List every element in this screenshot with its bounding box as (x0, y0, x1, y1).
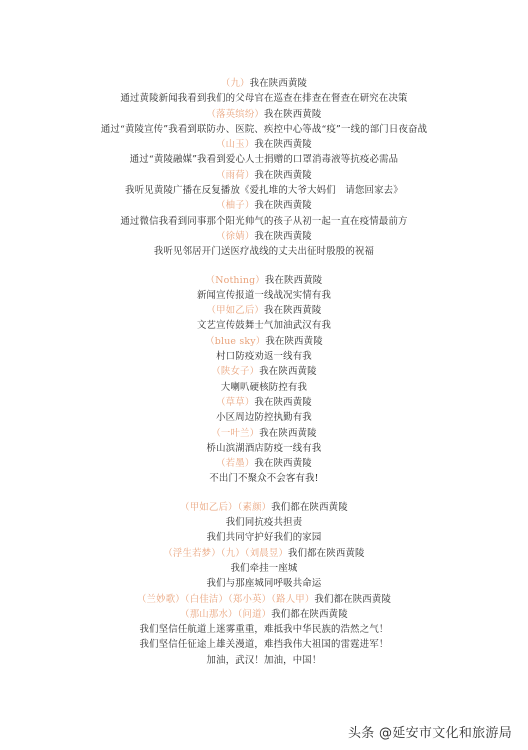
line-text: 通过黄陵新闻我看到我们的父母官在巡查在排查在督查在研究在决策 (120, 93, 407, 104)
line-text: 我在陕西黄陵 (264, 109, 321, 120)
author-name: （浮生若梦） (163, 548, 220, 559)
poem-line: 我们同抗疫共担责 (0, 515, 528, 530)
author-name: （白佳洁） (185, 594, 228, 605)
author-name: （山玉） (216, 139, 254, 150)
line-text: 我在陕西黄陵 (254, 458, 311, 469)
line-text: 我们都在陕西黄陵 (288, 548, 365, 559)
poem-line-signed: （浮生若梦）（九）（刘晨昱）我们都在陕西黄陵 (0, 546, 528, 561)
poem-line: 我们坚信任征途上雄关漫道，难挡我伟大祖国的雷霆进军！ (0, 637, 528, 652)
poem-line-signed: （一叶兰）我在陕西黄陵 (0, 426, 528, 441)
line-text: 我们都在陕西黄陵 (314, 594, 391, 605)
poem-line-signed: （甲如乙后）（素颜）我们都在陕西黄陵 (0, 500, 528, 515)
poem-line-signed: （柚子）我在陕西黄陵 (0, 198, 528, 213)
poem-line-signed: （兰妙歌）（白佳洁）（郑小英）（路人甲）我们都在陕西黄陵 (0, 592, 528, 607)
poem-line: 加油，武汉！加油，中国！ (0, 653, 528, 668)
poem-line-signed: （雨荷）我在陕西黄陵 (0, 168, 528, 183)
author-name: （郑小英） (228, 594, 271, 605)
author-name: （问道） (238, 609, 272, 620)
poem-line: 我听见邻居开门送医疗战线的丈夫出征时殷殷的祝福 (0, 244, 528, 259)
poem-line-signed: （甲如乙后）我在陕西黄陵 (0, 303, 528, 318)
line-text: 我们与那座城同呼吸共命运 (207, 578, 322, 589)
author-name: （九） (221, 548, 245, 559)
poem-line: 文艺宣传鼓舞士气加油武汉有我 (0, 318, 528, 333)
author-name: （落英缤纷） (207, 109, 264, 120)
poem-line: 小区周边防控执勤有我 (0, 410, 528, 425)
author-name: （徐婧） (216, 231, 254, 242)
author-name: （甲如乙后） (180, 502, 237, 513)
author-name: （那山那水） (180, 609, 237, 620)
line-text: 我在陕西黄陵 (254, 231, 311, 242)
poem-line-signed: （blue sky）我在陕西黄陵 (0, 334, 528, 349)
author-name: （路人甲） (271, 594, 314, 605)
line-text: 大喇叭硬核防控有我 (221, 382, 307, 393)
poem-line: 通过“黄陵融媒”我看到爱心人士捐赠的口罩消毒液等抗疫必需品 (0, 152, 528, 167)
line-text: 我在陕西黄陵 (254, 139, 311, 150)
stanza: （九）我在陕西黄陵通过黄陵新闻我看到我们的父母官在巡查在排查在督查在研究在决策（… (0, 76, 528, 260)
line-text: 我们都在陕西黄陵 (271, 502, 348, 513)
line-text: 我在陕西黄陵 (265, 275, 322, 286)
poem-line: 桥山滨湖酒店防疫一线有我 (0, 441, 528, 456)
poem-line: 通过黄陵新闻我看到我们的父母官在巡查在排查在督查在研究在决策 (0, 91, 528, 106)
stanza-gap (0, 487, 528, 500)
stanza: （甲如乙后）（素颜）我们都在陕西黄陵我们同抗疫共担责我们共同守护好我们的家园（浮… (0, 500, 528, 668)
line-text: 我在陕西黄陵 (254, 397, 311, 408)
author-name: （Nothing） (206, 275, 265, 286)
author-name: （雨荷） (216, 170, 254, 181)
author-name: （九） (221, 78, 250, 89)
line-text: 通过“黄陵宣传”我看到联防办、医院、疾控中心等战“疫”一线的部门日夜奋战 (101, 124, 427, 135)
line-text: 我在陕西黄陵 (259, 428, 316, 439)
poem-line: 我们与那座城同呼吸共命运 (0, 576, 528, 591)
poem-line: 通过微信我看到同事那个阳光帅气的孩子从初一起一直在疫情最前方 (0, 214, 528, 229)
poem-line-signed: （若墨）我在陕西黄陵 (0, 456, 528, 471)
stanza: （Nothing）我在陕西黄陵新闻宣传报道一线战况实情有我（甲如乙后）我在陕西黄… (0, 273, 528, 487)
author-name: （一叶兰） (211, 428, 259, 439)
poem-line: 不出门不聚众不会客有我! (0, 471, 528, 486)
line-text: 我在陕西黄陵 (265, 336, 322, 347)
poem-line-signed: （草草）我在陕西黄陵 (0, 395, 528, 410)
author-name: （素颜） (238, 502, 272, 513)
line-text: 我们同抗疫共担责 (226, 517, 303, 528)
author-name: （blue sky） (205, 336, 265, 347)
poem-line-signed: （落英缤纷）我在陕西黄陵 (0, 107, 528, 122)
poem-line-signed: （徐婧）我在陕西黄陵 (0, 229, 528, 244)
line-text: 新闻宣传报道一线战况实情有我 (197, 290, 331, 301)
author-name: （若墨） (216, 458, 254, 469)
author-name: （柚子） (216, 200, 254, 211)
poem-line: 我听见黄陵广播在反复播放《爱扎堆的大爷大妈们 请您回家去》 (0, 183, 528, 198)
author-name: （甲如乙后） (207, 305, 264, 316)
line-text: 不出门不聚众不会客有我! (209, 473, 318, 484)
poem-line-signed: （陕女子）我在陕西黄陵 (0, 364, 528, 379)
watermark: 头条 @延安市文化和旅游局 (348, 722, 512, 741)
line-text: 我们坚信任征途上雄关漫道，难挡我伟大祖国的雷霆进军！ (140, 639, 389, 650)
author-name: （刘晨昱） (245, 548, 288, 559)
line-text: 桥山滨湖酒店防疫一线有我 (207, 443, 322, 454)
poem-line: 我们牵挂一座城 (0, 561, 528, 576)
poem-line: 村口防疫劝返一线有我 (0, 349, 528, 364)
author-name: （陕女子） (211, 366, 259, 377)
line-text: 通过“黄陵融媒”我看到爱心人士捐赠的口罩消毒液等抗疫必需品 (130, 154, 399, 165)
line-text: 我们牵挂一座城 (230, 563, 297, 574)
line-text: 小区周边防控执勤有我 (216, 412, 312, 423)
line-text: 我在陕西黄陵 (254, 200, 311, 211)
poem-line-signed: （九）我在陕西黄陵 (0, 76, 528, 91)
poem-line: 大喇叭硬核防控有我 (0, 380, 528, 395)
line-text: 我们都在陕西黄陵 (271, 609, 348, 620)
line-text: 我在陕西黄陵 (250, 78, 307, 89)
poem-document: （九）我在陕西黄陵通过黄陵新闻我看到我们的父母官在巡查在排查在督查在研究在决策（… (0, 76, 528, 668)
poem-line: 通过“黄陵宣传”我看到联防办、医院、疾控中心等战“疫”一线的部门日夜奋战 (0, 122, 528, 137)
poem-line-signed: （山玉）我在陕西黄陵 (0, 137, 528, 152)
line-text: 我们共同守护好我们的家园 (207, 532, 322, 543)
line-text: 我们坚信任航道上迷雾重重，难抵我中华民族的浩然之气！ (140, 624, 389, 635)
line-text: 我听见邻居开门送医疗战线的丈夫出征时殷殷的祝福 (154, 246, 374, 257)
poem-line-signed: （那山那水）（问道）我们都在陕西黄陵 (0, 607, 528, 622)
poem-line: 我们共同守护好我们的家园 (0, 530, 528, 545)
poem-line-signed: （Nothing）我在陕西黄陵 (0, 273, 528, 288)
author-name: （兰妙歌） (137, 594, 185, 605)
line-text: 我在陕西黄陵 (264, 305, 321, 316)
stanza-gap (0, 260, 528, 273)
line-text: 我在陕西黄陵 (254, 170, 311, 181)
author-name: （草草） (216, 397, 254, 408)
poem-line: 新闻宣传报道一线战况实情有我 (0, 288, 528, 303)
poem-line: 我们坚信任航道上迷雾重重，难抵我中华民族的浩然之气！ (0, 622, 528, 637)
line-text: 文艺宣传鼓舞士气加油武汉有我 (197, 320, 331, 331)
line-text: 加油，武汉！加油，中国！ (207, 655, 322, 666)
line-text: 我在陕西黄陵 (259, 366, 316, 377)
line-text: 村口防疫劝返一线有我 (216, 351, 312, 362)
line-text: 通过微信我看到同事那个阳光帅气的孩子从初一起一直在疫情最前方 (120, 216, 407, 227)
line-text: 我听见黄陵广播在反复播放《爱扎堆的大爷大妈们 请您回家去》 (125, 185, 403, 196)
